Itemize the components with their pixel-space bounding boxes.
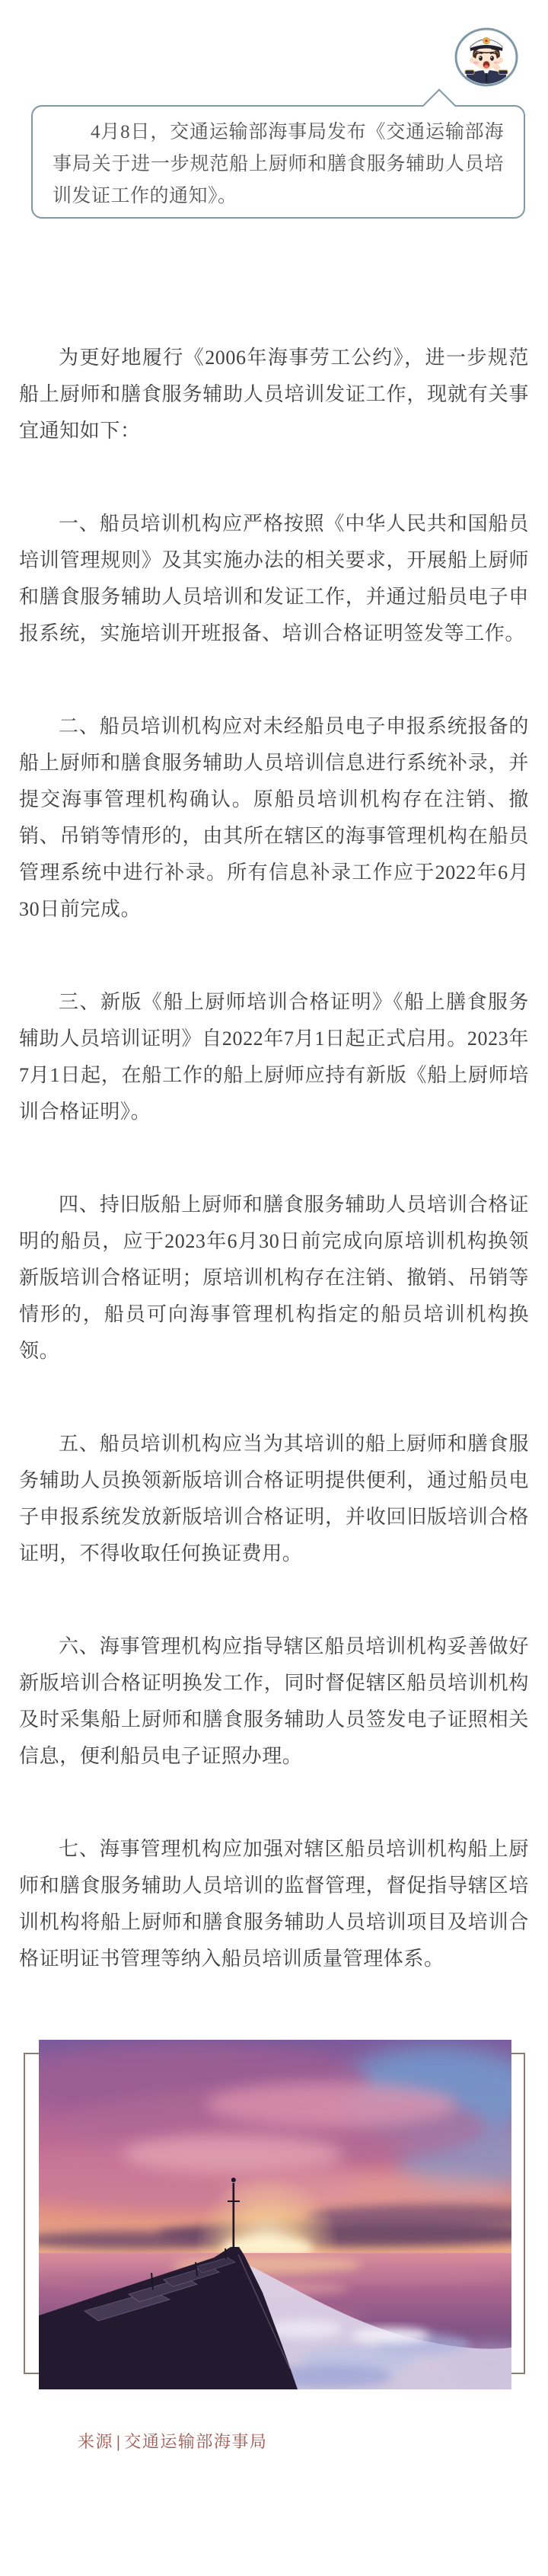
source-value: 交通运输部海事局 [124,2432,267,2451]
paragraph-item-1: 一、船员培训机构应严格按照《中华人民共和国船员培训管理规则》及其实施办法的相关要… [19,506,529,652]
ship-sunset-photo [39,2040,511,2389]
source-label: 来源 [78,2432,113,2451]
paragraph-item-5: 五、船员培训机构应当为其培训的船上厨师和膳食服务辅助人员换领新版培训合格证明提供… [19,1426,529,1572]
avatar [453,26,520,88]
notice-summary-text: 4月8日，交通运输部海事局发布《交通运输部海事局关于进一步规范船上厨师和膳食服务… [33,107,524,222]
notice-bubble: 4月8日，交通运输部海事局发布《交通运输部海事局关于进一步规范船上厨师和膳食服务… [31,105,525,219]
paragraph-item-3: 三、新版《船上厨师培训合格证明》《船上膳食服务辅助人员培训证明》自2022年7月… [19,984,529,1130]
paragraph-item-6: 六、海事管理机构应指导辖区船员培训机构妥善做好新版培训合格证明换发工作，同时督促… [19,1628,529,1775]
paragraph-item-2: 二、船员培训机构应对未经船员电子申报系统报备的船上厨师和膳食服务辅助人员培训信息… [19,708,529,928]
article-body: 为更好地履行《2006年海事劳工公约》，进一步规范船上厨师和膳食服务辅助人员培训… [19,340,529,1977]
paragraph-item-7: 七、海事管理机构应加强对辖区船员培训机构船上厨师和膳食服务辅助人员培训的监督管理… [19,1831,529,1977]
paragraph-intro: 为更好地履行《2006年海事劳工公约》，进一步规范船上厨师和膳食服务辅助人员培训… [19,340,529,449]
maritime-officer-icon [453,26,520,88]
source-line: 来源|交通运输部海事局 [78,2430,267,2454]
article-page: 4月8日，交通运输部海事局发布《交通运输部海事局关于进一步规范船上厨师和膳食服务… [0,0,548,2576]
paragraph-item-4: 四、持旧版船上厨师和膳食服务辅助人员培训合格证明的船员，应于2023年6月30日… [19,1187,529,1369]
source-divider: | [113,2432,124,2451]
